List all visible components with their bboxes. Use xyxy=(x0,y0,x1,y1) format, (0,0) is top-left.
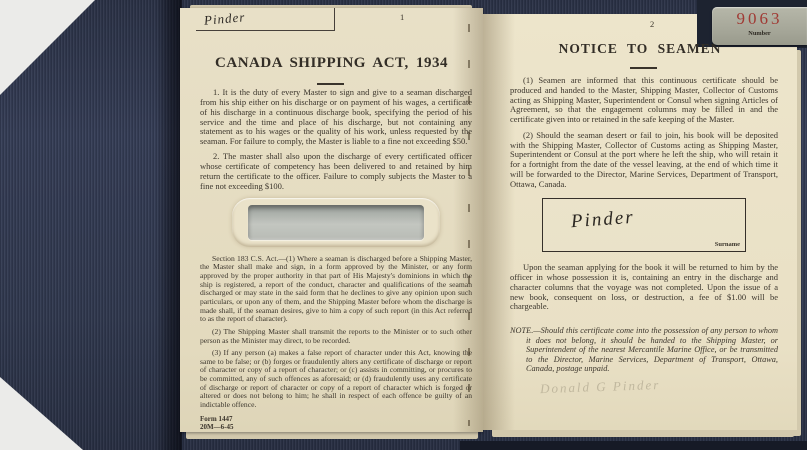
cover-bottom-edge xyxy=(460,441,807,450)
book-return-paragraph: Upon the seaman applying for the book it… xyxy=(510,263,778,312)
surname-box-label: Surname xyxy=(715,241,740,248)
notice-paragraph-2: (2) Should the seaman desert or fail to … xyxy=(510,131,778,190)
left-page-body: 1. It is the duty of every Master to sig… xyxy=(200,88,472,432)
form-number: Form 1447 xyxy=(200,415,472,423)
certificate-number-tab: 9063 Number xyxy=(712,7,807,45)
section-183-paragraph-2: (2) The Shipping Master shall transmit t… xyxy=(200,328,472,345)
section-183-block: Section 183 C.S. Act.—(1) Where a seaman… xyxy=(200,255,472,410)
section-183-paragraph-1: Section 183 C.S. Act.—(1) Where a seaman… xyxy=(200,255,472,324)
notice-paragraph-1: (1) Seamen are informed that this contin… xyxy=(510,76,778,125)
cover-fold-shadow xyxy=(156,0,182,450)
left-title-rule xyxy=(317,83,344,85)
form-imprint: Form 1447 20M—6-45 xyxy=(200,415,472,432)
die-cut-window-opening xyxy=(248,205,424,240)
left-page-number: 1 xyxy=(400,12,404,22)
print-code: 20M—6-45 xyxy=(200,423,472,431)
right-page-body: (1) Seamen are informed that this contin… xyxy=(510,76,778,393)
certificate-number: 9063 xyxy=(712,9,807,29)
name-field-underline xyxy=(196,30,335,31)
name-field-border xyxy=(334,8,335,31)
note-paragraph: NOTE.—Should this certificate come into … xyxy=(526,326,778,374)
surname-box: Pinder Surname xyxy=(542,198,746,252)
act-paragraph-2: 2. The master shall also upon the discha… xyxy=(200,152,472,191)
act-paragraph-1: 1. It is the duty of every Master to sig… xyxy=(200,88,472,147)
right-title-rule xyxy=(630,67,657,69)
discharge-book-scan: Pinder 1 CANADA SHIPPING ACT, 1934 1. It… xyxy=(0,0,807,450)
die-cut-window-frame xyxy=(232,198,440,247)
spine-stitching xyxy=(468,24,470,426)
certificate-number-label: Number xyxy=(712,30,807,37)
right-page-number: 2 xyxy=(650,19,654,29)
section-183-paragraph-3: (3) If any person (a) makes a false repo… xyxy=(200,349,472,410)
left-page-title: CANADA SHIPPING ACT, 1934 xyxy=(180,55,483,72)
handwritten-surname: Pinder xyxy=(570,207,635,233)
